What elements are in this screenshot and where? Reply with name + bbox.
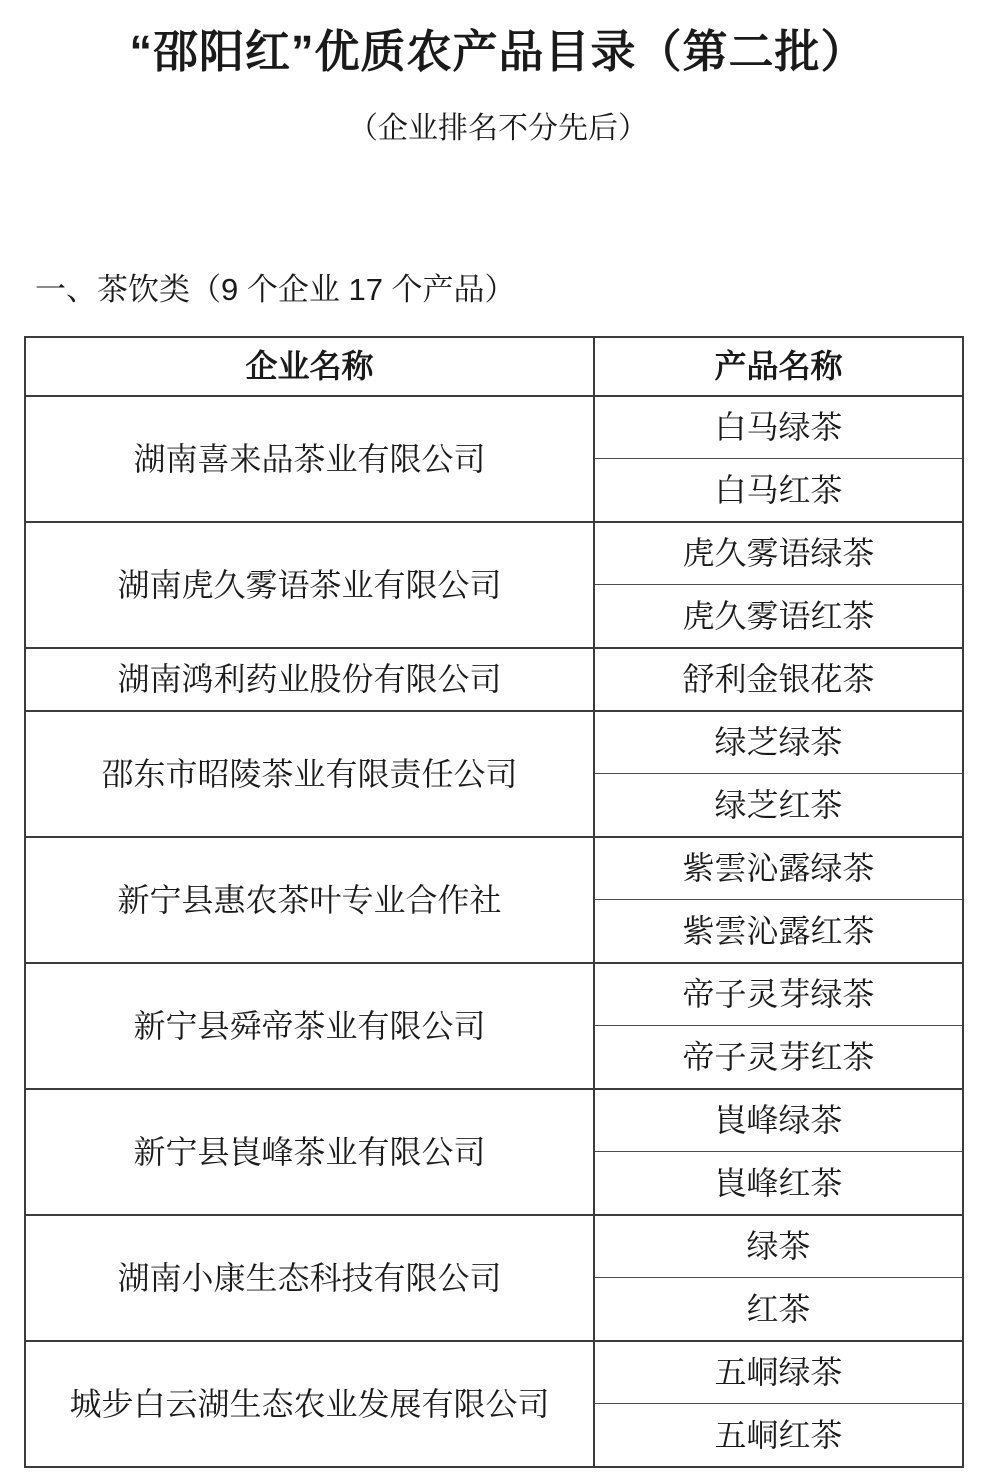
table-row: 湖南虎久雾语茶业有限公司 虎久雾语绿茶 [25, 522, 963, 585]
page-subtitle: （企业排名不分先后） [0, 112, 996, 147]
document-page: “邵阳红”优质农产品目录（第二批） （企业排名不分先后） 一、茶饮类（9 个企业… [0, 26, 996, 1468]
company-cell: 新宁县崀峰茶业有限公司 [25, 1089, 594, 1215]
product-cell: 崀峰红茶 [594, 1152, 963, 1215]
table-row: 新宁县舜帝茶业有限公司 帝子灵芽绿茶 [25, 963, 963, 1026]
product-cell: 虎久雾语绿茶 [594, 522, 963, 585]
company-cell: 湖南喜来品茶业有限公司 [25, 396, 594, 522]
product-cell: 崀峰绿茶 [594, 1089, 963, 1152]
product-cell: 虎久雾语红茶 [594, 585, 963, 648]
table-row: 湖南鸿利药业股份有限公司 舒利金银花茶 [25, 648, 963, 711]
section-heading-tea: 一、茶饮类（9 个企业 17 个产品） [35, 272, 996, 308]
product-cell: 白马绿茶 [594, 396, 963, 459]
table-row: 城步白云湖生态农业发展有限公司 五峒绿茶 [25, 1341, 963, 1404]
company-cell: 邵东市昭陵茶业有限责任公司 [25, 711, 594, 837]
product-cell: 紫雲沁露绿茶 [594, 837, 963, 900]
product-column-header: 产品名称 [594, 337, 963, 396]
product-cell: 红茶 [594, 1278, 963, 1341]
product-cell: 帝子灵芽绿茶 [594, 963, 963, 1026]
company-cell: 城步白云湖生态农业发展有限公司 [25, 1341, 594, 1467]
page-title: “邵阳红”优质农产品目录（第二批） [0, 26, 996, 78]
company-cell: 新宁县惠农茶叶专业合作社 [25, 837, 594, 963]
company-cell: 湖南虎久雾语茶业有限公司 [25, 522, 594, 648]
product-cell: 帝子灵芽红茶 [594, 1026, 963, 1089]
company-cell: 新宁县舜帝茶业有限公司 [25, 963, 594, 1089]
product-cell: 五峒红茶 [594, 1404, 963, 1467]
product-cell: 舒利金银花茶 [594, 648, 963, 711]
company-cell: 湖南小康生态科技有限公司 [25, 1215, 594, 1341]
table-row: 新宁县崀峰茶业有限公司 崀峰绿茶 [25, 1089, 963, 1152]
company-cell: 湖南鸿利药业股份有限公司 [25, 648, 594, 711]
product-cell: 绿芝绿茶 [594, 711, 963, 774]
table-header-row: 企业名称 产品名称 [25, 337, 963, 396]
table-row: 新宁县惠农茶叶专业合作社 紫雲沁露绿茶 [25, 837, 963, 900]
product-cell: 绿茶 [594, 1215, 963, 1278]
product-cell: 五峒绿茶 [594, 1341, 963, 1404]
table-row: 湖南小康生态科技有限公司 绿茶 [25, 1215, 963, 1278]
table-row: 邵东市昭陵茶业有限责任公司 绿芝绿茶 [25, 711, 963, 774]
product-cell: 白马红茶 [594, 459, 963, 522]
company-column-header: 企业名称 [25, 337, 594, 396]
product-catalog-table: 企业名称 产品名称 湖南喜来品茶业有限公司 白马绿茶 白马红茶 湖南虎久雾语茶业… [24, 336, 964, 1468]
product-cell: 紫雲沁露红茶 [594, 900, 963, 963]
product-cell: 绿芝红茶 [594, 774, 963, 837]
table-row: 湖南喜来品茶业有限公司 白马绿茶 [25, 396, 963, 459]
